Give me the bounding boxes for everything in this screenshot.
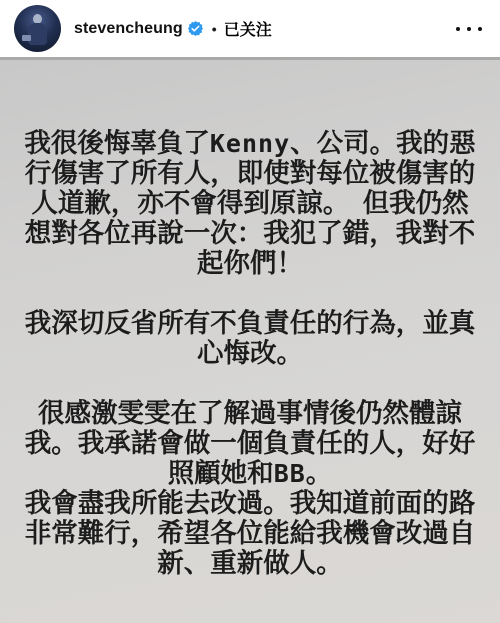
avatar-figure-tag [22,35,31,41]
statement-line: 想對各位再說一次：我犯了錯，我對不 [18,218,482,248]
statement-line: 很感激雯雯在了解過事情後仍然體諒 [18,398,482,428]
post-header: stevencheung • 已关注 [0,0,500,57]
dot [456,27,460,31]
dot [467,27,471,31]
statement-line: 我很後悔辜負了Kenny、公司。我的惡 [18,128,482,158]
statement-line: 我。我承諾會做一個負責任的人，好好 [18,428,482,458]
statement-line: 我會盡我所能去改過。我知道前面的路 [18,488,482,518]
username-link[interactable]: stevencheung [74,20,183,38]
verified-badge-icon [188,21,203,36]
avatar-figure-body [28,23,47,45]
statement-line: 行傷害了所有人，即使對每位被傷害的 [18,158,482,188]
instagram-post: stevencheung • 已关注 我很後悔辜負了Kenny、公司。我的惡 行… [0,0,500,623]
statement-line: 新、重新做人。 [18,548,482,578]
statement-line [18,368,482,398]
apology-statement: 我很後悔辜負了Kenny、公司。我的惡 行傷害了所有人，即使對每位被傷害的 人道… [18,128,482,578]
statement-line: 非常難行，希望各位能給我機會改過自 [18,518,482,548]
statement-line: 心悔改。 [18,338,482,368]
statement-line: 起你們！ [18,248,482,278]
separator-dot: • [212,21,217,37]
statement-line [18,278,482,308]
dot [478,27,482,31]
statement-line: 照顧她和BB。 [18,458,482,488]
statement-line: 人道歉，亦不會得到原諒。 但我仍然 [18,188,482,218]
avatar[interactable] [14,5,61,52]
more-options-icon[interactable] [454,21,484,37]
post-photo[interactable]: 我很後悔辜負了Kenny、公司。我的惡 行傷害了所有人，即使對每位被傷害的 人道… [0,57,500,623]
statement-line: 我深切反省所有不負責任的行為，並真 [18,308,482,338]
header-meta: stevencheung • 已关注 [74,17,272,40]
following-button[interactable]: 已关注 [224,17,272,40]
